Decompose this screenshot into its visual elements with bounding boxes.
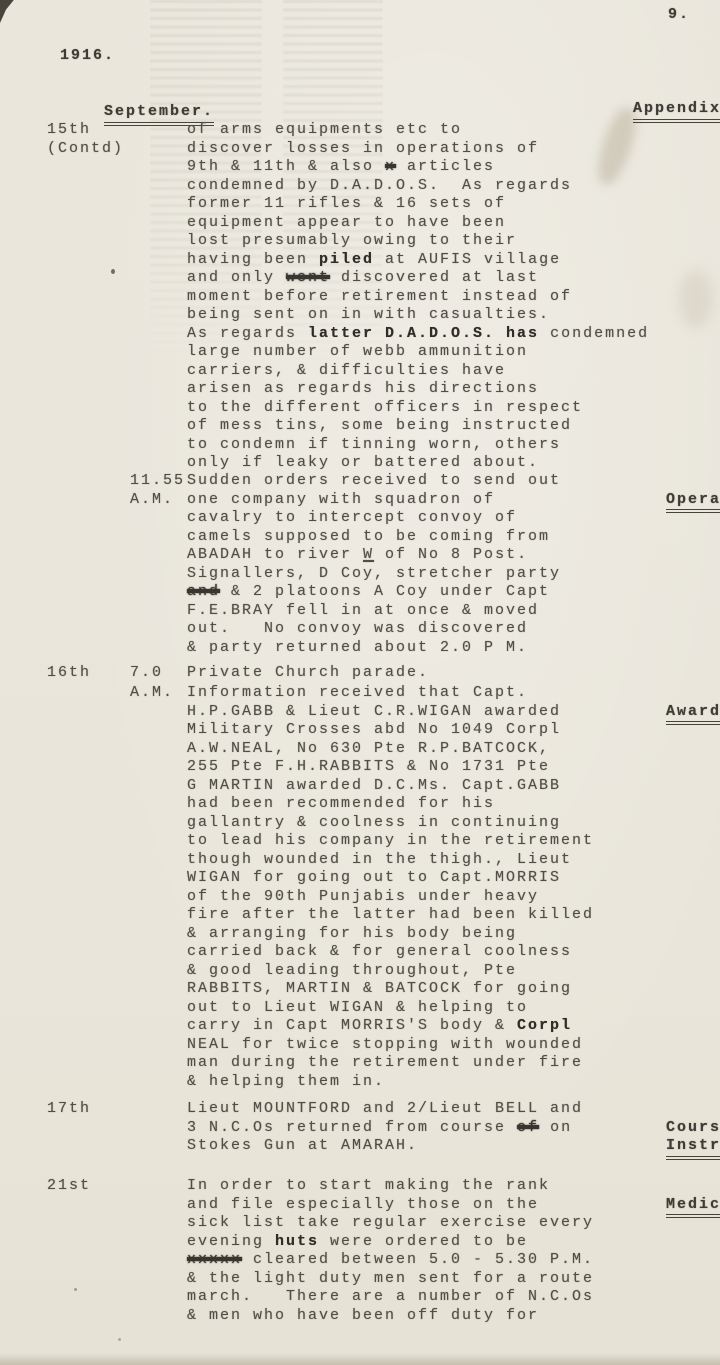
diary-entry-17th: 17th Lieut MOUNTFORD and 2/Lieut BELL an…	[0, 1100, 720, 1178]
entry-date: 17th	[0, 1100, 130, 1119]
entry-margin-note: Courses of Instruction	[600, 1100, 720, 1178]
entry-date: 21st	[0, 1177, 130, 1196]
entry-body: of arms equipments etc to discover losse…	[187, 121, 600, 473]
entry-body: Information received that Capt. H.P.GABB…	[187, 684, 600, 1091]
entry-body: Lieut MOUNTFORD and 2/Lieut BELL and 3 N…	[187, 1100, 600, 1156]
diary-entry-16th-awards: A.M. Information received that Capt. H.P…	[0, 684, 720, 1091]
year-heading: 1916.	[60, 47, 115, 66]
diary-entry-16th-parade: 16th 7.0 Private Church parade.	[0, 664, 720, 683]
entry-body: Private Church parade.	[187, 664, 600, 683]
entry-time: 7.0	[130, 664, 187, 683]
entry-body: In order to start making the rank and fi…	[187, 1177, 600, 1325]
entry-date: 16th	[0, 664, 130, 683]
diary-entry-21st: 21st In order to start making the rank a…	[0, 1177, 720, 1325]
entry-margin-note: Medical	[600, 1177, 720, 1237]
margin-note-operations: Operations	[666, 491, 720, 514]
diary-entry-15th-contd: 15th (Contd) of arms equipments etc to d…	[0, 121, 720, 473]
entry-margin-note: Awards	[600, 684, 720, 744]
diary-page: 9. 1916. September. Appendix. 15th (Cont…	[0, 0, 720, 1365]
margin-note-awards: Awards	[666, 703, 720, 726]
appendix-heading-text: Appendix.	[633, 100, 720, 124]
entry-margin-note: Operations	[600, 472, 720, 532]
margin-note-courses-of-instruction: Courses of Instruction	[666, 1119, 720, 1160]
entry-date: 15th (Contd)	[0, 121, 130, 158]
entry-body: Sudden orders received to send out one c…	[187, 472, 600, 657]
margin-note-medical: Medical	[666, 1196, 720, 1219]
entry-time: A.M.	[130, 684, 187, 703]
entry-time: 11.55 A.M.	[130, 472, 187, 509]
page-number: 9.	[668, 6, 690, 25]
diary-entry-15th-1155am: 11.55 A.M. Sudden orders received to sen…	[0, 472, 720, 657]
